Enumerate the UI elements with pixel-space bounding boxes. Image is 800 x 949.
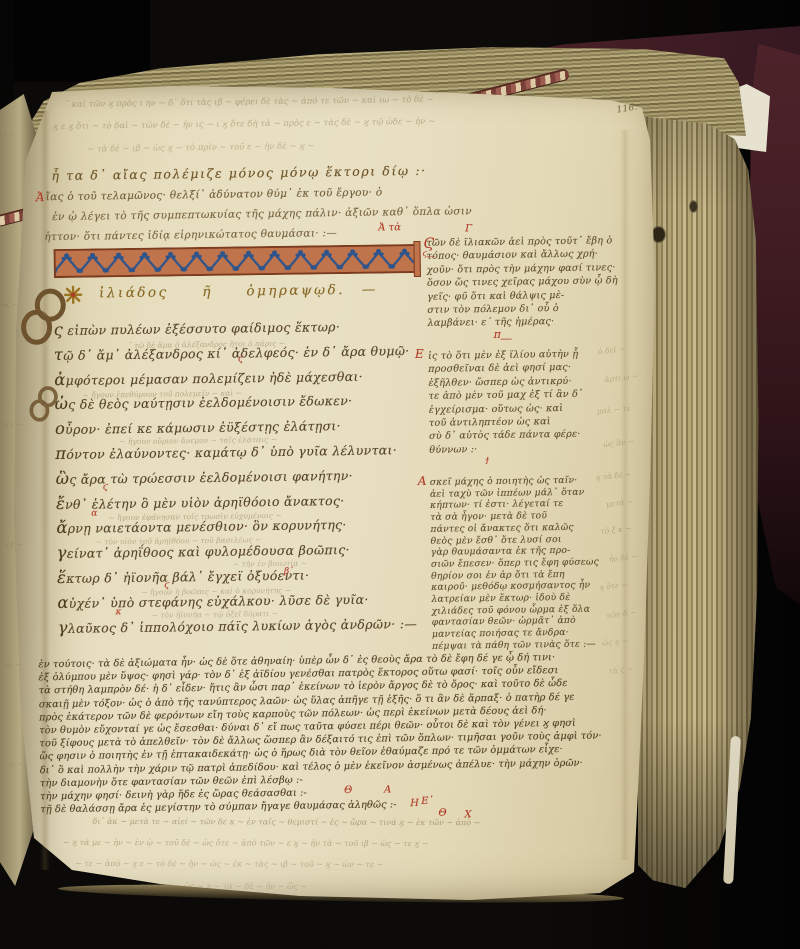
red-ink-mark: ϛ bbox=[103, 482, 108, 492]
headpiece-end-hook bbox=[413, 241, 421, 277]
red-ink-mark: Ε bbox=[415, 347, 424, 361]
initial-small-icon bbox=[28, 386, 58, 422]
red-ink-mark: Ἀ τὰ bbox=[378, 222, 401, 233]
red-ink-mark: Θ bbox=[438, 808, 446, 819]
red-ink-mark: Η bbox=[410, 798, 419, 809]
rubrication-layer: ἈἈ τὰϛ⸏ΓϚπ⸏ΕϯΑϛϛαβ᾽ϛκΘΑΗΕ᾽ΘΧ bbox=[0, 0, 800, 949]
red-ink-mark: π⸏ bbox=[494, 327, 512, 342]
red-ink-mark: Ε᾽ bbox=[421, 796, 433, 807]
red-ink-mark: ϛ bbox=[164, 580, 169, 590]
initial-omega-icon bbox=[19, 288, 68, 347]
red-ink-mark: Α bbox=[384, 784, 391, 795]
ink-layer: 116. ἦ τα δ᾽ αἴας πολέμιζε μόνος μόνῳ ἕκ… bbox=[0, 0, 800, 949]
red-ink-mark: ϛ bbox=[238, 354, 243, 364]
red-ink-mark: Χ bbox=[464, 809, 471, 820]
red-ink-mark: Γ bbox=[465, 223, 472, 234]
red-ink-mark: β᾽ bbox=[284, 567, 294, 577]
red-ink-mark: κ bbox=[116, 607, 122, 617]
red-ink-mark: ϯ bbox=[485, 456, 489, 467]
red-ink-mark: Θ bbox=[344, 785, 352, 796]
red-ink-mark: Ϛ bbox=[423, 236, 434, 252]
manuscript-photo: 116. ἦ τα δ᾽ αἴας πολέμιζε μόνος μόνῳ ἕκ… bbox=[0, 0, 800, 949]
red-ink-mark: Α bbox=[418, 474, 427, 488]
red-ink-mark: α bbox=[91, 508, 97, 518]
headpiece-ornament bbox=[53, 244, 415, 278]
red-ink-mark: Ἀ bbox=[36, 190, 45, 204]
